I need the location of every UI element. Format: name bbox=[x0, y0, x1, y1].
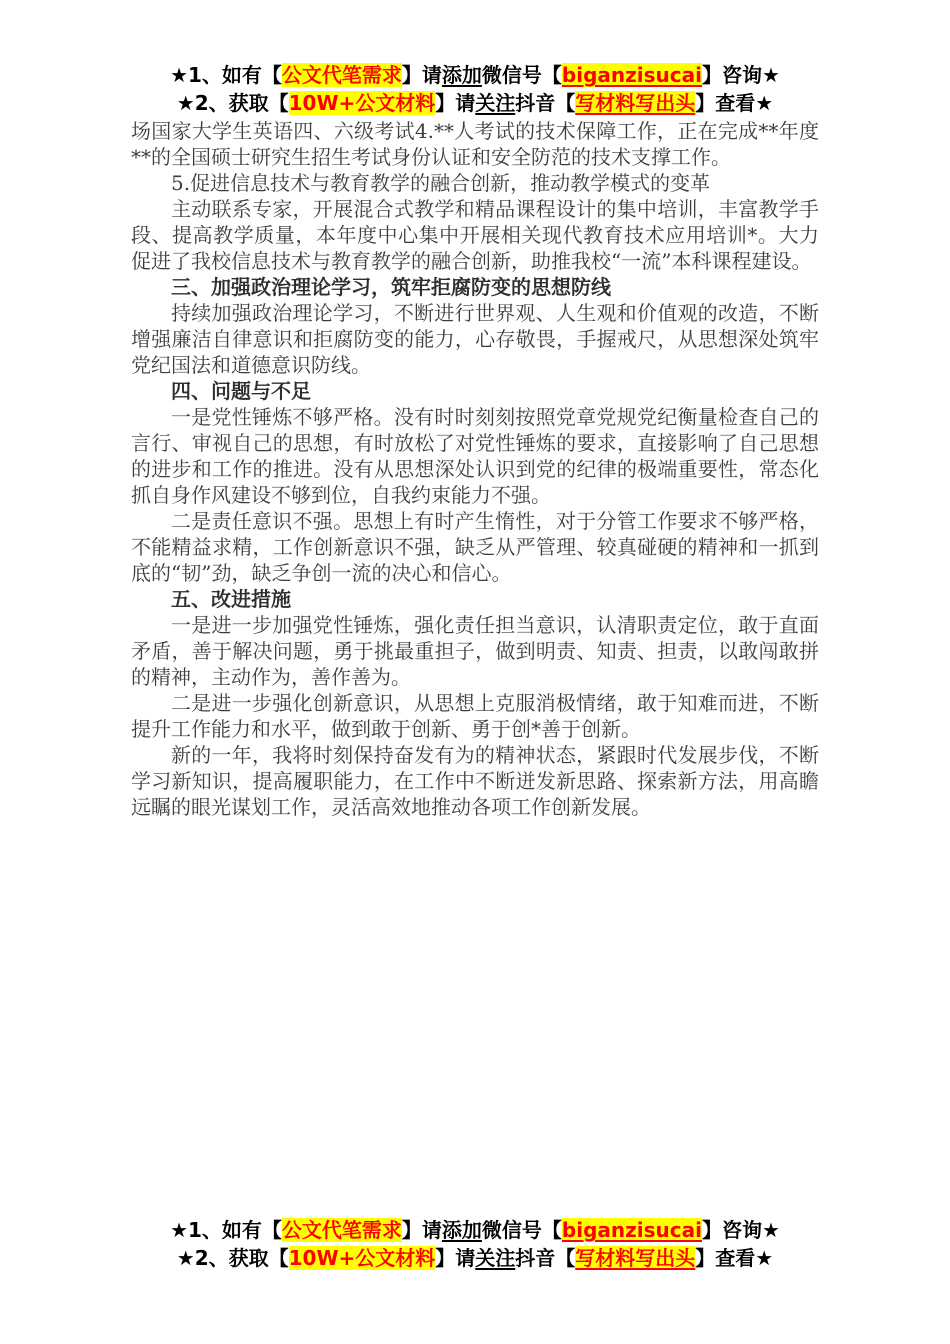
body-paragraph: 新的一年，我将时刻保持奋发有为的精神状态，紧跟时代发展步伐，不断学习新知识，提高… bbox=[131, 742, 819, 820]
banner-segment: 】请 bbox=[402, 63, 442, 87]
body-paragraph: 5.促进信息技术与教育教学的融合创新，推动教学模式的变革 bbox=[131, 170, 819, 196]
banner-segment: 写材料写出头 bbox=[575, 1246, 695, 1270]
promo-banner-line-1: ★1、如有【公文代笔需求】请添加微信号【biganzisucai】咨询★ bbox=[0, 61, 950, 89]
section-heading: 四、问题与不足 bbox=[131, 378, 819, 404]
section-heading: 五、改进措施 bbox=[131, 586, 819, 612]
body-paragraph: 一是党性锤炼不够严格。没有时时刻刻按照党章党规党纪衡量检查自己的言行、审视自己的… bbox=[131, 404, 819, 508]
promo-banner-line-2: ★2、获取【10W+公文材料】请关注抖音【写材料写出头】查看★ bbox=[0, 1244, 950, 1272]
promo-banner-bottom: ★1、如有【公文代笔需求】请添加微信号【biganzisucai】咨询★ ★2、… bbox=[0, 1216, 950, 1272]
promo-banner-line-2: ★2、获取【10W+公文材料】请关注抖音【写材料写出头】查看★ bbox=[0, 89, 950, 117]
banner-segment: biganzisucai bbox=[562, 63, 702, 87]
body-paragraph: 一是进一步加强党性锤炼，强化责任担当意识，认清职责定位，敢于直面矛盾，善于解决问… bbox=[131, 612, 819, 690]
banner-segment: ★1、如有【 bbox=[170, 1218, 282, 1242]
promo-banner-top: ★1、如有【公文代笔需求】请添加微信号【biganzisucai】咨询★ ★2、… bbox=[0, 61, 950, 117]
banner-segment: 写材料写出头 bbox=[575, 91, 695, 115]
banner-segment: 10W+公文材料 bbox=[289, 1246, 436, 1270]
banner-segment: 】请 bbox=[402, 1218, 442, 1242]
body-paragraph: 场国家大学生英语四、六级考试4.**人考试的技术保障工作，正在完成**年度**的… bbox=[131, 118, 819, 170]
banner-segment: 10W+公文材料 bbox=[289, 91, 436, 115]
banner-segment: 抖音【 bbox=[515, 91, 575, 115]
body-paragraph: 持续加强政治理论学习，不断进行世界观、人生观和价值观的改造，不断增强廉洁自律意识… bbox=[131, 300, 819, 378]
body-paragraph: 二是进一步强化创新意识，从思想上克服消极情绪，敢于知难而进，不断提升工作能力和水… bbox=[131, 690, 819, 742]
banner-segment: 】查看★ bbox=[695, 91, 773, 115]
banner-segment: 微信号【 bbox=[482, 63, 562, 87]
banner-segment: ★1、如有【 bbox=[170, 63, 282, 87]
banner-segment: 】查看★ bbox=[695, 1246, 773, 1270]
banner-segment: 添加 bbox=[442, 1218, 482, 1242]
banner-segment: 】咨询★ bbox=[702, 63, 780, 87]
banner-segment: 抖音【 bbox=[515, 1246, 575, 1270]
banner-segment: 添加 bbox=[442, 63, 482, 87]
document-body: 场国家大学生英语四、六级考试4.**人考试的技术保障工作，正在完成**年度**的… bbox=[131, 118, 819, 820]
banner-segment: 公文代笔需求 bbox=[282, 63, 402, 87]
banner-segment: 】咨询★ bbox=[702, 1218, 780, 1242]
document-page: ★1、如有【公文代笔需求】请添加微信号【biganzisucai】咨询★ ★2、… bbox=[0, 0, 950, 1344]
banner-segment: 关注 bbox=[475, 91, 515, 115]
banner-segment: ★2、获取【 bbox=[177, 1246, 289, 1270]
body-paragraph: 主动联系专家，开展混合式教学和精品课程设计的集中培训，丰富教学手段、提高教学质量… bbox=[131, 196, 819, 274]
banner-segment: 】请 bbox=[435, 91, 475, 115]
promo-banner-line-1: ★1、如有【公文代笔需求】请添加微信号【biganzisucai】咨询★ bbox=[0, 1216, 950, 1244]
body-paragraph: 二是责任意识不强。思想上有时产生惰性，对于分管工作要求不够严格，不能精益求精，工… bbox=[131, 508, 819, 586]
banner-segment: 】请 bbox=[435, 1246, 475, 1270]
section-heading: 三、加强政治理论学习，筑牢拒腐防变的思想防线 bbox=[131, 274, 819, 300]
banner-segment: 关注 bbox=[475, 1246, 515, 1270]
banner-segment: 公文代笔需求 bbox=[282, 1218, 402, 1242]
banner-segment: biganzisucai bbox=[562, 1218, 702, 1242]
banner-segment: 微信号【 bbox=[482, 1218, 562, 1242]
banner-segment: ★2、获取【 bbox=[177, 91, 289, 115]
